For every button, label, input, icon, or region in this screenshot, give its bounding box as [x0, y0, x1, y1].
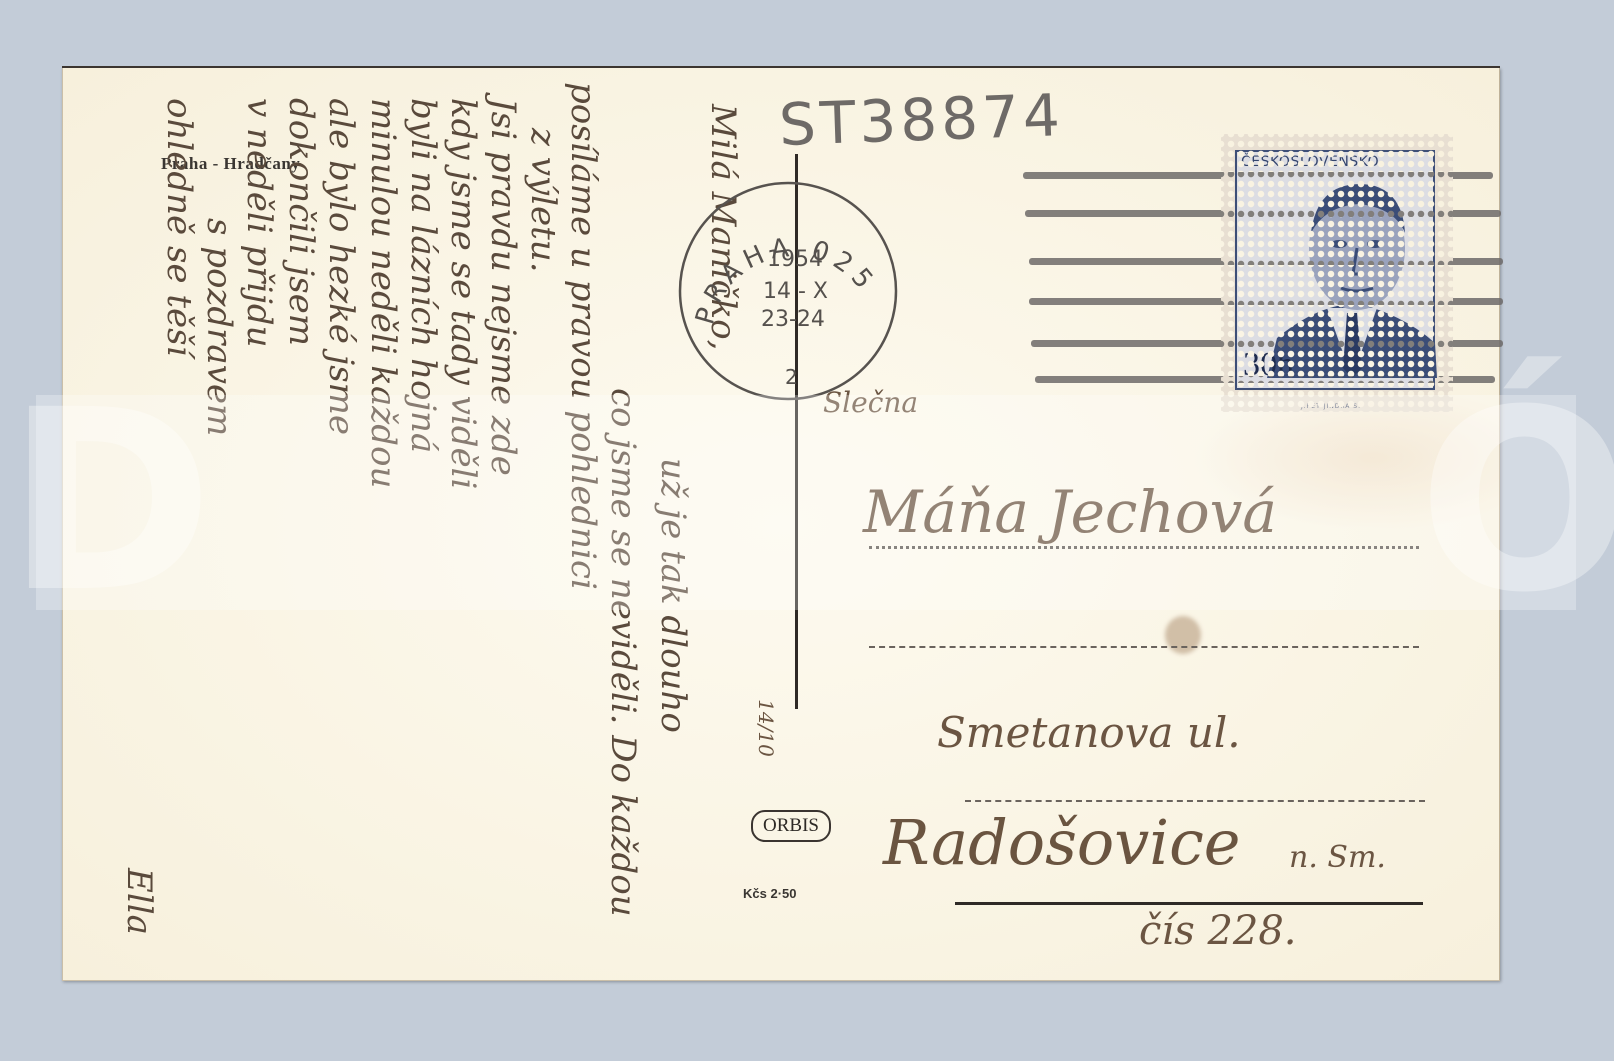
message-line: ale bylo hezké jsme — [321, 98, 361, 435]
message-line: ohledně se těší — [159, 98, 199, 356]
stamp-credit: J.PET-JINDRA S. — [1301, 403, 1361, 410]
postmark-time: 23-24 — [761, 307, 825, 332]
message-line: kdy jsme se tady viděli — [443, 98, 483, 489]
message-line: byli na lázních hojná — [403, 98, 443, 453]
price-label: Kčs 2·50 — [743, 886, 796, 901]
message-line: posíláme u pravou pohlednici — [563, 82, 603, 590]
postmark-number: 2 — [785, 365, 798, 389]
date-note: 14/10 — [754, 699, 778, 757]
postmark: PRAHA 025 1954 14 - X 23-24 2 — [673, 176, 903, 406]
address-salutation: Slečna — [823, 386, 918, 419]
stamp-value: 30h — [1243, 346, 1294, 384]
postmark-year: 1954 — [767, 247, 823, 272]
message-line: co jsme se neviděli. Do každou — [603, 388, 643, 917]
signature: Ella — [119, 868, 159, 935]
publisher-logo: ORBIS — [751, 810, 831, 842]
message-line: dokončili jsem — [281, 98, 321, 346]
postage-stamp: ČESKOSLOVENSKO 30h J.PET-JINDRA S. — [1221, 134, 1453, 412]
message-line: už je tak dlouho — [653, 458, 693, 733]
stain — [1165, 616, 1201, 654]
address-line-1 — [869, 546, 1419, 549]
address-street: Smetanova ul. — [937, 708, 1241, 757]
catalog-number: ST38874 — [778, 81, 1065, 159]
address-town-suffix: n. Sm. — [1289, 840, 1386, 875]
address-line-2 — [869, 646, 1419, 648]
stamp-country: ČESKOSLOVENSKO — [1241, 154, 1379, 170]
address-name: Máňa Jechová — [863, 478, 1277, 546]
postmark-date: 14 - X — [763, 279, 828, 304]
message-line: minulou neděli každou — [363, 98, 403, 488]
address-house-number: čís 228. — [1139, 908, 1297, 954]
message-line: v neděli přijdu — [239, 98, 279, 348]
address-line-4 — [955, 902, 1423, 905]
stamp-frame: ČESKOSLOVENSKO 30h — [1235, 150, 1435, 390]
address-town: Radošovice — [883, 806, 1241, 879]
message-line: z výletu. — [523, 128, 563, 273]
message-line: Jsi pravdu nejsme zde — [483, 98, 523, 476]
postcard: Praha - Hradčany ST38874 Milá Maničko, u… — [62, 68, 1500, 981]
message-line: s pozdravem — [199, 218, 239, 436]
address-line-3 — [965, 800, 1425, 802]
